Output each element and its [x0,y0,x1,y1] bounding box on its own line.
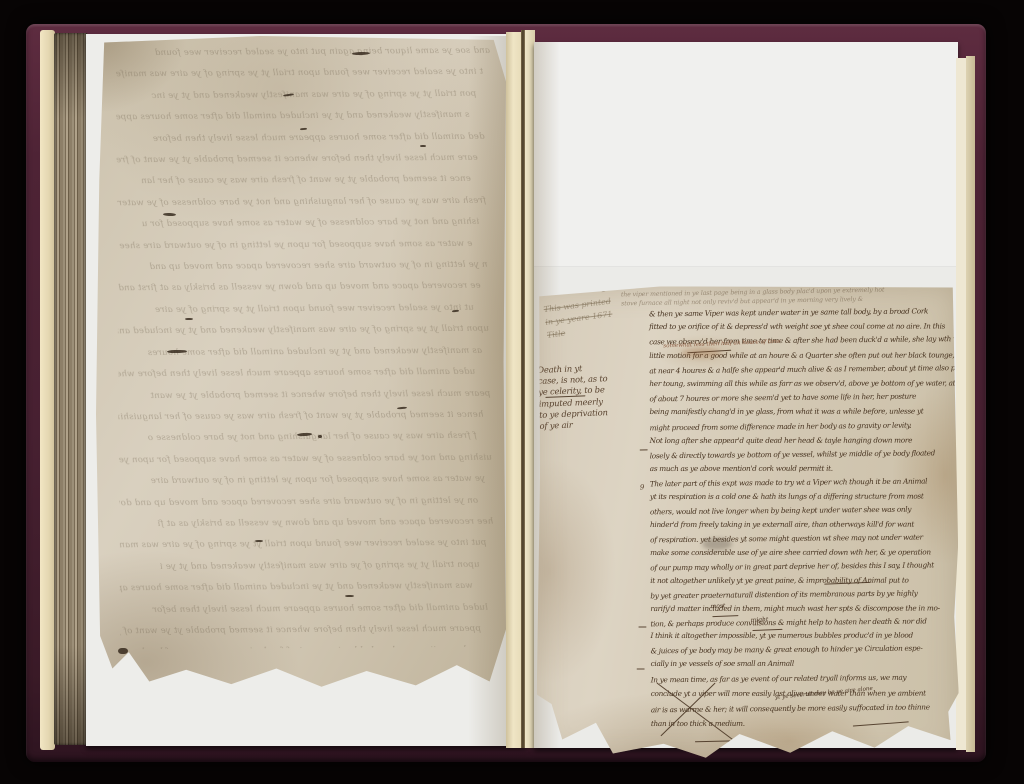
text-line: of our pump may wholly or in great part … [650,558,952,575]
bleed-line: upon triall yt ye spring of ye aire was … [118,319,489,343]
bleed-line: eare much lesse lively then before whenc… [117,148,478,172]
gutter-shadow-left [468,36,506,746]
bleed-line: peare much lesse lively then before when… [118,383,490,407]
bleed-line: put into ye sealed receiver wee found up… [119,533,486,557]
bleed-line: fresh aire was ye cause of her languishi… [117,191,486,215]
left-cover-page-edge [40,30,55,750]
bleed-line: upon triall yt ye spring of ye aire was … [119,555,479,579]
bleed-line: e water as some have supposed for upon y… [117,233,472,257]
left-manuscript-leaf: and soe ye same liquor being again put i… [96,36,506,688]
interlinear-insertion: might [750,616,768,624]
bleed-line: and soe ye same liquor being again put i… [116,41,490,65]
paragraph-viper-experiment: & then ye same Viper was kept under wate… [649,305,952,477]
interlinear-insertion: most [710,602,725,610]
ink-stroke-mark [638,626,646,627]
paragraph-later-part: The later part of this expt was made to … [650,476,953,672]
bleed-line: s manifestly weakened and yt ye included… [116,105,469,129]
text-line: it not altogether unlikely yt ye great p… [650,573,952,587]
bleed-line: pon triall yt ye spring of ye aire was m… [116,84,476,108]
bleed-line: was manifestly weakened and yt ye includ… [120,576,473,600]
ink-speck [345,595,354,597]
bleed-line: whence it seemed probable yt ye want of … [120,640,474,649]
bleedthrough-text: and soe ye same liquor being again put i… [116,41,494,650]
bleed-line: hence it seemed probable yt ye want of f… [118,405,483,429]
right-page-edge [956,58,966,750]
ink-smudge [702,538,732,550]
ink-speck [255,540,263,542]
ink-speck [118,648,128,654]
bleed-line: ee recovered apace and moved up and down… [118,276,481,300]
bleed-line: f fresh aire was ye cause of her languis… [119,426,477,450]
right-manuscript-leaf: the viper mentioned in ye last page bein… [535,285,959,761]
bleed-line: ishing and not ye bare coldnesse of ye w… [117,212,479,236]
bleed-line: uishing and not ye bare coldnesse of ye … [119,447,492,471]
ink-speck [420,145,426,147]
ink-speck [318,435,322,438]
bleed-line: ye water as some have supposed for upon … [119,469,485,493]
bleed-line: t into ye sealed receiver wee found upon… [116,62,483,86]
leaf-fore-edges-texture [54,33,88,745]
bleed-line: ppeare much lesse lively then before whe… [120,619,481,643]
bleed-line: on ye letting in of ye outward aire shee… [119,490,478,514]
margin-note-struck: This was printedin ye yeare 1671Title [543,295,615,342]
bleed-line: luded animall did after some houres appe… [120,597,488,621]
bleed-line: ence it seemed probable yt ye want of fr… [117,169,471,193]
bleed-line: ut into ye sealed receiver wee found upo… [118,298,474,322]
text-line: rarify'd matter included in them, might … [650,601,952,615]
text-line: might proceed from some difference made … [650,418,952,435]
gutter-guard-strip [506,32,522,748]
bleed-line: n ye letting in of ye outward aire shee … [117,255,487,279]
right-interleaving-sheet [534,42,958,267]
ink-speck [185,318,193,320]
text-line: being manifestly chang'd in ye glass, fr… [650,405,952,420]
ink-stroke-mark [637,668,645,669]
bleed-line: hee recovered apace and moved up and dow… [119,512,493,536]
ink-speck [163,213,176,216]
bleed-line: uded animall did after some houres appea… [118,362,475,386]
ink-stroke-mark [640,449,648,450]
interlinear-insertion: 9 [640,483,645,491]
text-line: by yet greater praeternaturall distentio… [650,586,952,603]
manuscript-text-block: & then ye same Viper was kept under wate… [649,305,953,731]
photograph-of-open-manuscript-book: and soe ye same liquor being again put i… [0,0,1024,784]
right-page-edge-2 [966,56,975,752]
